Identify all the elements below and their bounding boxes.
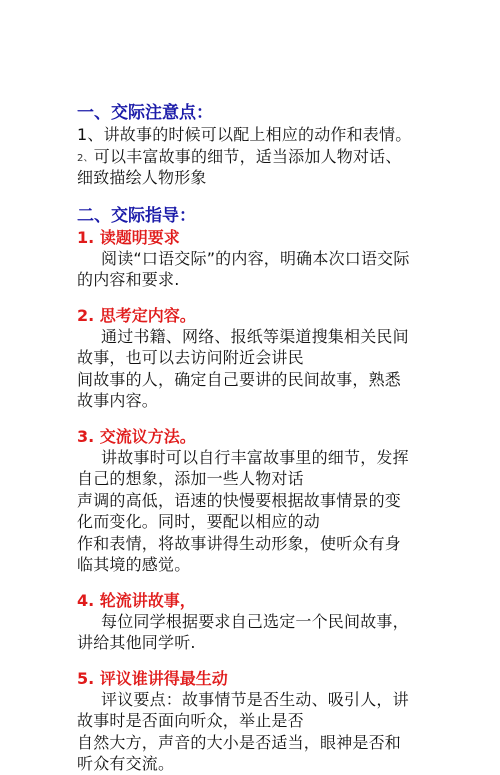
note-number: 1、 (77, 125, 104, 144)
document-page: 一、交际注意点： 1、讲故事的时候可以配上相应的动作和表情。 2、可以丰富故事的… (77, 103, 437, 775)
section-heading-communication-guide: 二、交际指导： (77, 206, 437, 227)
spacer (77, 189, 437, 206)
note-number: 2、 (77, 153, 94, 164)
step-1-line: 的内容和要求. (77, 269, 437, 291)
step-title-1: 1. 读题明要求 (77, 227, 437, 248)
note-item-2: 2、可以丰富故事的细节，适当添加人物对话、 (77, 146, 437, 168)
step-3-line: 讲故事时可以自行丰富故事里的细节，发挥 (77, 447, 437, 469)
section-heading-communication-notes: 一、交际注意点： (77, 103, 437, 124)
step-3-line: 化而变化。同时，要配以相应的动 (77, 511, 437, 533)
note-text: 可以丰富故事的细节，适当添加人物对话、 (94, 147, 402, 166)
step-5-line: 自然大方，声音的大小是否适当，眼神是否和 (77, 732, 437, 754)
step-5-line: 故事时是否面向听众，举止是否 (77, 710, 437, 732)
step-2-line: 故事内容。 (77, 390, 437, 412)
step-title-2: 2. 思考定内容。 (77, 305, 437, 326)
step-3-line: 作和表情，将故事讲得生动形象，使听众有身 (77, 533, 437, 555)
note-item-2-continued: 细致描绘人物形象 (77, 167, 437, 189)
step-4-line: 每位同学根据要求自己选定一个民间故事， (77, 611, 437, 633)
step-3-line: 自己的想象，添加一些人物对话 (77, 468, 437, 490)
spacer (77, 576, 437, 590)
step-5-line: 听众有交流。 (77, 753, 437, 775)
step-title-4: 4. 轮流讲故事， (77, 590, 437, 611)
step-3-line: 声调的高低，语速的快慢要根据故事情景的变 (77, 490, 437, 512)
step-2-line: 间故事的人，确定自己要讲的民间故事，熟悉 (77, 369, 437, 391)
step-title-3: 3. 交流议方法。 (77, 426, 437, 447)
spacer (77, 291, 437, 305)
step-5-line: 评议要点：故事情节是否生动、吸引人，讲 (77, 689, 437, 711)
spacer (77, 412, 437, 426)
spacer (77, 654, 437, 668)
step-1-line: 阅读“口语交际”的内容，明确本次口语交际 (77, 248, 437, 270)
note-item-1: 1、讲故事的时候可以配上相应的动作和表情。 (77, 124, 437, 146)
step-4-line: 讲给其他同学听. (77, 632, 437, 654)
note-text: 讲故事的时候可以配上相应的动作和表情。 (104, 125, 412, 144)
step-2-line: 通过书籍、网络、报纸等渠道搜集相关民间 (77, 326, 437, 348)
step-3-line: 临其境的感觉。 (77, 554, 437, 576)
step-title-5: 5. 评议谁讲得最生动 (77, 668, 437, 689)
step-2-line: 故事，也可以去访问附近会讲民 (77, 347, 437, 369)
